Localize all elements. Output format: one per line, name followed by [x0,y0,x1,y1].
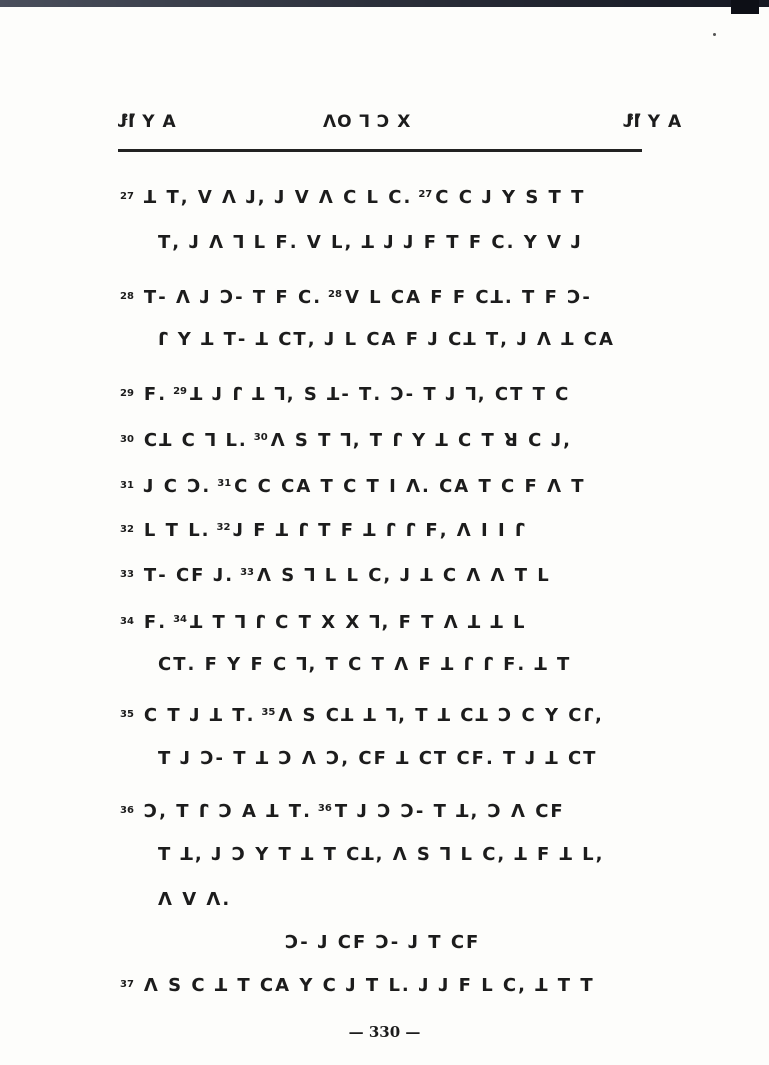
verse-number: 28 [120,291,134,302]
text-line: 33ꓔ- ꓚꓝ ꓙ.33ꓥ ꓢ ꓶ ꓡ ꓡ ꓚ, ꓙ ꓕ ꓚ ꓥ ꓥ ꓔ ꓡ [120,558,551,588]
parallel-verse-text: ꓚ ꓚ ꓚꓮ ꓔ ꓚ ꓔ ꓲ ꓥ. ꓚꓮ ꓔ ꓚ ꓝ ꓥ ꓔ [234,476,585,497]
header-right: ꓙꓲ ꓬ ꓮ37 [623,112,642,132]
verse-text: ꓝ. [144,384,167,405]
verse-number: 35 [120,709,134,720]
parallel-verse-text: ꓥ ꓢ ꓶ ꓡ ꓡ ꓚ, ꓙ ꓕ ꓚ ꓥ ꓥ ꓔ ꓡ [257,565,551,586]
scan-top-edge [0,0,769,7]
text-line: ꓩ ꓬ ꓕ ꓔ- ꓕ ꓚꓔ, ꓙ ꓡ ꓚꓮ ꓝ ꓙ ꓚꓕ ꓔ, ꓙ ꓥ ꓕ ꓚꓮ [158,325,615,355]
parallel-verse-number: 29 [173,386,187,397]
parallel-verse-number: 34 [173,614,187,625]
text-line: 30ꓚꓕ ꓚ ꓶ ꓡ.30ꓥ ꓢ ꓔ ꓶ, ꓔ ꓩ ꓬ ꓕ ꓚ ꓔ ꓤ ꓚ ꓙ, [120,423,572,453]
verse-text: ꓔ, ꓙ ꓥ ꓶ ꓡ ꓝ. ꓦ ꓡ, ꓕ ꓙ ꓙ ꓝ ꓔ ꓝ ꓚ. ꓬ ꓦ ꓙ [158,232,583,253]
parallel-verse-number: 28 [328,289,342,300]
parallel-verse-text: ꓔ ꓙ ꓛ ꓛ- ꓔ ꓕ, ꓛ ꓥ ꓚꓝ [335,801,565,822]
verse-text: ꓔ- ꓥ ꓙ ꓛ- ꓔ ꓝ ꓚ. [144,287,322,308]
verse-number: 33 [120,569,134,580]
verse-text: ꓥ ꓦ ꓥ. [158,889,231,910]
parallel-verse-text: ꓙ ꓝ ꓕ ꓩ ꓔ ꓝ ꓕ ꓩ ꓩ ꓝ, ꓥ ꓲ ꓲ ꓩ [233,520,526,541]
parallel-verse-number: 27 [418,189,432,200]
text-line: 34ꓝ.34ꓕ ꓔ ꓶ ꓩ ꓚ ꓔ ꓫ ꓫ ꓶ, ꓝ ꓔ ꓥ ꓕ ꓕ ꓡ [120,605,526,635]
text-line: 27ꓕ ꓔ, ꓦ ꓥ ꓙ, ꓙ ꓦ ꓥ ꓚ ꓡ ꓚ.27ꓚ ꓚ ꓙ ꓬ ꓢ ꓔ … [120,180,585,210]
scan-speck [713,33,716,36]
verse-text: ꓙ ꓚ ꓛ. [144,476,211,497]
parallel-verse-text: ꓦ ꓡ ꓚꓮ ꓝ ꓝ ꓚꓕ. ꓔ ꓝ ꓛ- [345,287,592,308]
verse-number: 29 [120,388,134,399]
verse-number: 27 [120,191,134,202]
parallel-verse-text: ꓥ ꓢ ꓔ ꓶ, ꓔ ꓩ ꓬ ꓕ ꓚ ꓔ ꓤ ꓚ ꓙ, [271,430,572,451]
text-line: ꓔ, ꓙ ꓥ ꓶ ꓡ ꓝ. ꓦ ꓡ, ꓕ ꓙ ꓙ ꓝ ꓔ ꓝ ꓚ. ꓬ ꓦ ꓙ [158,228,583,258]
text-line: 35ꓚ ꓔ ꓙ ꓕ ꓔ.35ꓥ ꓢ ꓚꓕ ꓕ ꓶ, ꓔ ꓕ ꓚꓕ ꓛ ꓚ ꓬ ꓚ… [120,698,604,728]
header-right-text: ꓙꓲ ꓬ ꓮ [623,112,682,132]
verse-text: ꓚ ꓔ ꓙ ꓕ ꓔ. [144,705,256,726]
verse-number: 34 [120,616,134,627]
text-line: 32ꓡ ꓔ ꓡ.32ꓙ ꓝ ꓕ ꓩ ꓔ ꓝ ꓕ ꓩ ꓩ ꓝ, ꓥ ꓲ ꓲ ꓩ [120,513,526,543]
verse-text: ꓔ ꓕ, ꓙ ꓛ ꓬ ꓔ ꓕ ꓔ ꓚꓕ, ꓥ ꓢ ꓶ ꓡ ꓚ, ꓕ ꓝ ꓕ ꓡ, [158,844,604,865]
parallel-verse-text: ꓕ ꓙ ꓩ ꓕ ꓶ, ꓢ ꓕ- ꓔ. ꓛ- ꓔ ꓙ ꓶ, ꓚꓔ ꓔ ꓚ [190,384,570,405]
parallel-verse-number: 31 [217,478,231,489]
section-heading: ꓛ- ꓙ ꓚꓝ ꓛ- ꓙ ꓔ ꓚꓝ [285,928,480,958]
verse-text: ꓛ, ꓔ ꓩ ꓛ ꓮ ꓕ ꓔ. [144,801,312,822]
parallel-verse-number: 36 [318,803,332,814]
verse-text: ꓩ ꓬ ꓕ ꓔ- ꓕ ꓚꓔ, ꓙ ꓡ ꓚꓮ ꓝ ꓙ ꓚꓕ ꓔ, ꓙ ꓥ ꓕ ꓚꓮ [158,329,615,350]
text-line: ꓔ ꓕ, ꓙ ꓛ ꓬ ꓔ ꓕ ꓔ ꓚꓕ, ꓥ ꓢ ꓶ ꓡ ꓚ, ꓕ ꓝ ꓕ ꓡ, [158,840,604,870]
text-line: 31ꓙ ꓚ ꓛ.31ꓚ ꓚ ꓚꓮ ꓔ ꓚ ꓔ ꓲ ꓥ. ꓚꓮ ꓔ ꓚ ꓝ ꓥ ꓔ [120,469,586,499]
parallel-verse-number: 33 [240,567,254,578]
parallel-verse-number: 30 [254,432,268,443]
header-rule [118,149,642,152]
verse-text: ꓝ. [144,612,167,633]
parallel-verse-number: 35 [261,707,275,718]
page-number: — 330 — [0,1023,769,1041]
text-line: ꓔ ꓙ ꓛ- ꓔ ꓕ ꓛ ꓥ ꓛ, ꓚꓝ ꓕ ꓚꓔ ꓚꓝ. ꓔ ꓙ ꓕ ꓚꓔ [158,744,597,774]
verse-text: ꓡ ꓔ ꓡ. [144,520,211,541]
running-header: ꓙꓲ ꓬ ꓮ27 ꓥꓳ ꓶ ꓛ ꓫ ꓙꓲ ꓬ ꓮ37 [118,112,642,142]
verse-text: ꓚꓕ ꓚ ꓶ ꓡ. [144,430,248,451]
text-line: 37ꓥ ꓢ ꓚ ꓕ ꓔ ꓚꓮ ꓬ ꓚ ꓙ ꓔ ꓡ. ꓙ ꓙ ꓝ ꓡ ꓚ, ꓕ ꓔ… [120,970,595,1000]
verse-number: 36 [120,805,134,816]
parallel-verse-text: ꓕ ꓔ ꓶ ꓩ ꓚ ꓔ ꓫ ꓫ ꓶ, ꓝ ꓔ ꓥ ꓕ ꓕ ꓡ [190,612,527,633]
section-heading-text: ꓛ- ꓙ ꓚꓝ ꓛ- ꓙ ꓔ ꓚꓝ [285,932,480,953]
text-line: 28ꓔ- ꓥ ꓙ ꓛ- ꓔ ꓝ ꓚ.28ꓦ ꓡ ꓚꓮ ꓝ ꓝ ꓚꓕ. ꓔ ꓝ ꓛ… [120,280,592,310]
verse-text: ꓔ ꓙ ꓛ- ꓔ ꓕ ꓛ ꓥ ꓛ, ꓚꓝ ꓕ ꓚꓔ ꓚꓝ. ꓔ ꓙ ꓕ ꓚꓔ [158,748,597,769]
verse-number: 37 [120,979,134,990]
header-left-text: ꓙꓲ ꓬ ꓮ [118,112,177,132]
text-line: 29ꓝ.29ꓕ ꓙ ꓩ ꓕ ꓶ, ꓢ ꓕ- ꓔ. ꓛ- ꓔ ꓙ ꓶ, ꓚꓔ ꓔ … [120,377,570,407]
text-line: 36ꓛ, ꓔ ꓩ ꓛ ꓮ ꓕ ꓔ.36ꓔ ꓙ ꓛ ꓛ- ꓔ ꓕ, ꓛ ꓥ ꓚꓝ [120,794,565,824]
parallel-verse-text: ꓚ ꓚ ꓙ ꓬ ꓢ ꓔ ꓔ [435,187,585,208]
parallel-verse-number: 32 [217,522,231,533]
parallel-verse-text: ꓥ ꓢ ꓚꓕ ꓕ ꓶ, ꓔ ꓕ ꓚꓕ ꓛ ꓚ ꓬ ꓚꓩ, [278,705,604,726]
verse-number: 32 [120,524,134,535]
verse-text: ꓔ- ꓚꓝ ꓙ. [144,565,234,586]
text-line: ꓚꓔ. ꓝ ꓬ ꓝ ꓚ ꓶ, ꓔ ꓚ ꓔ ꓥ ꓝ ꓕ ꓩ ꓩ ꓝ. ꓕ ꓔ [158,650,571,680]
verse-text: ꓥ ꓢ ꓚ ꓕ ꓔ ꓚꓮ ꓬ ꓚ ꓙ ꓔ ꓡ. ꓙ ꓙ ꓝ ꓡ ꓚ, ꓕ ꓔ ꓔ [144,975,595,996]
verse-text: ꓚꓔ. ꓝ ꓬ ꓝ ꓚ ꓶ, ꓔ ꓚ ꓔ ꓥ ꓝ ꓕ ꓩ ꓩ ꓝ. ꓕ ꓔ [158,654,571,675]
text-line: ꓥ ꓦ ꓥ. [158,885,231,915]
header-center: ꓥꓳ ꓶ ꓛ ꓫ [323,112,411,132]
verse-number: 31 [120,480,134,491]
header-left: ꓙꓲ ꓬ ꓮ27 [118,112,137,132]
scan-corner-mark [731,0,759,14]
verse-number: 30 [120,434,134,445]
verse-text: ꓕ ꓔ, ꓦ ꓥ ꓙ, ꓙ ꓦ ꓥ ꓚ ꓡ ꓚ. [144,187,412,208]
